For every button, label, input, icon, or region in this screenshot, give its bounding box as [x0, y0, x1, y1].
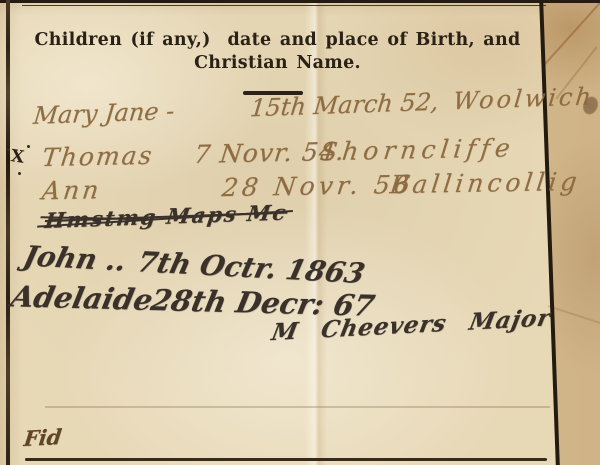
- child-name: John ..: [20, 239, 129, 277]
- x-marginal-mark: X: [10, 146, 26, 168]
- table-border-top-thin: [22, 5, 546, 7]
- faint-row-rule: [45, 406, 550, 408]
- ink-dot: [27, 145, 30, 148]
- header-line1: Children (if any,) date and place of Bir…: [10, 29, 545, 52]
- birth-date: 28 Novr. 56: [220, 170, 415, 202]
- column-header: Children (if any,) date and place of Bir…: [10, 29, 545, 75]
- birth-date: 15th March 52,: [249, 88, 440, 123]
- header-line2: Christian Name.: [10, 52, 545, 75]
- child-entry-mary-jane: Mary Jane - 15th March 52, Woolwich: [0, 82, 600, 103]
- child-name: Thomas: [41, 141, 156, 172]
- table-border-bottom: [25, 458, 547, 461]
- footnote-annotation: Fid: [22, 424, 63, 451]
- birth-place: Shorncliffe: [318, 133, 516, 166]
- ink-dot: [7, 148, 10, 151]
- scanned-record-page: Children (if any,) date and place of Bir…: [0, 0, 600, 465]
- table-border-top-heavy: [0, 0, 600, 3]
- child-name: Mary Jane -: [32, 97, 176, 130]
- child-name: Ann: [40, 175, 103, 205]
- birth-place: Woolwich: [452, 82, 596, 115]
- ink-dot: [18, 172, 21, 175]
- birth-place: Ballincollig: [388, 167, 582, 199]
- child-name: Adelaide: [8, 279, 156, 317]
- child-entry-thomas: Thomas 7 Novr. 54. Shorncliffe: [0, 131, 600, 144]
- child-entry-john: John .. 7th Octr. 1863: [0, 238, 599, 269]
